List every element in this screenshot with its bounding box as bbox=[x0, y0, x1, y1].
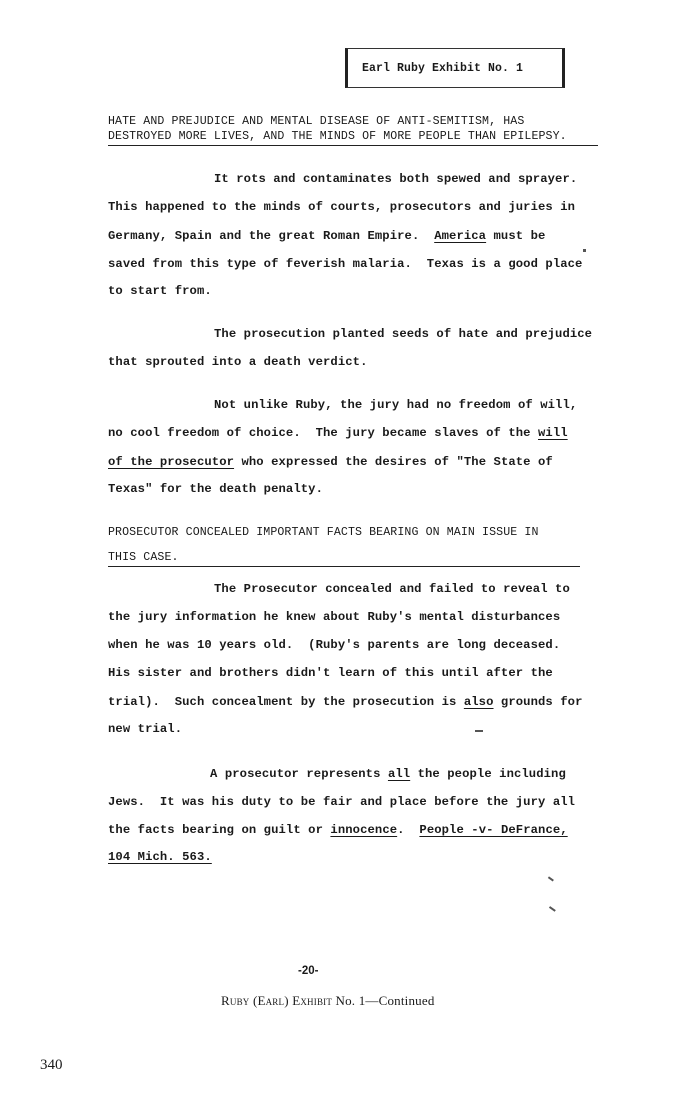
para-2-line-1: The prosecution planted seeds of hate an… bbox=[214, 327, 592, 341]
para-4-line-2: the jury information he knew about Ruby'… bbox=[108, 610, 560, 624]
underlined-phrase-of-the-prosecutor: of the prosecutor bbox=[108, 455, 234, 469]
heading-2-underline bbox=[108, 566, 580, 567]
heading-1-line-1: HATE AND PREJUDICE AND MENTAL DISEASE OF… bbox=[108, 115, 524, 128]
para-5-text: the people including bbox=[410, 767, 566, 781]
scan-artifact bbox=[549, 906, 556, 911]
para-1-line-3: Germany, Spain and the great Roman Empir… bbox=[108, 229, 545, 243]
underlined-word-will: will bbox=[538, 426, 568, 440]
page-number: -20- bbox=[298, 965, 318, 977]
case-citation-reference: 104 Mich. 563. bbox=[108, 850, 212, 864]
para-4-line-4: His sister and brothers didn't learn of … bbox=[108, 666, 553, 680]
para-4-text: grounds for bbox=[494, 695, 583, 709]
heading-2-line-2: THIS CASE. bbox=[108, 551, 179, 564]
para-3-line-4: Texas" for the death penalty. bbox=[108, 482, 323, 496]
para-3-text: who expressed the desires of "The State … bbox=[234, 455, 553, 469]
para-1-text: Germany, Spain and the great Roman Empir… bbox=[108, 229, 434, 243]
caption-exhibit: Exhibit bbox=[292, 993, 332, 1008]
para-5-line-2: Jews. It was his duty to be fair and pla… bbox=[108, 795, 575, 809]
caption-earl: (Earl) bbox=[253, 993, 289, 1008]
heading-2-line-1: PROSECUTOR CONCEALED IMPORTANT FACTS BEA… bbox=[108, 526, 539, 539]
caption-rest: No. 1—Continued bbox=[336, 993, 435, 1008]
para-1-line-2: This happened to the minds of courts, pr… bbox=[108, 200, 575, 214]
heading-1-line-2: DESTROYED MORE LIVES, AND THE MINDS OF M… bbox=[108, 130, 567, 143]
para-1-line-5: to start from. bbox=[108, 284, 212, 298]
para-3-line-1: Not unlike Ruby, the jury had no freedom… bbox=[214, 398, 577, 412]
para-3-line-2: no cool freedom of choice. The jury beca… bbox=[108, 426, 568, 440]
exhibit-caption: Ruby (Earl) Exhibit No. 1—Continued bbox=[221, 993, 435, 1009]
scan-artifact bbox=[475, 730, 483, 732]
scan-artifact bbox=[548, 876, 554, 881]
para-4-line-3: when he was 10 years old. (Ruby's parent… bbox=[108, 638, 560, 652]
scan-artifact bbox=[583, 249, 586, 252]
para-1-text: must be bbox=[486, 229, 545, 243]
para-1-line-1: It rots and contaminates both spewed and… bbox=[214, 172, 577, 186]
para-5-text: A prosecutor represents bbox=[210, 767, 388, 781]
para-5-line-3: the facts bearing on guilt or innocence.… bbox=[108, 823, 568, 837]
para-4-line-6: new trial. bbox=[108, 722, 182, 736]
para-4-text: trial). Such concealment by the prosecut… bbox=[108, 695, 464, 709]
underlined-word-america: America bbox=[434, 229, 486, 243]
para-4-line-1: The Prosecutor concealed and failed to r… bbox=[214, 582, 570, 596]
para-5-text: the facts bearing on guilt or bbox=[108, 823, 330, 837]
case-citation: People -v- DeFrance, bbox=[419, 823, 567, 837]
para-4-line-5: trial). Such concealment by the prosecut… bbox=[108, 695, 582, 709]
caption-ruby: Ruby bbox=[221, 993, 249, 1008]
underlined-word-all: all bbox=[388, 767, 410, 781]
para-5-line-1: A prosecutor represents all the people i… bbox=[210, 767, 566, 781]
para-2-line-2: that sprouted into a death verdict. bbox=[108, 355, 367, 369]
para-1-line-4: saved from this type of feverish malaria… bbox=[108, 257, 582, 271]
para-3-text: no cool freedom of choice. The jury beca… bbox=[108, 426, 538, 440]
para-5-text: . bbox=[397, 823, 419, 837]
heading-1-underline bbox=[108, 145, 598, 146]
exhibit-label: Earl Ruby Exhibit No. 1 bbox=[362, 62, 523, 75]
folio-page-number: 340 bbox=[40, 1057, 63, 1074]
underlined-word-innocence: innocence bbox=[330, 823, 397, 837]
para-3-line-3: of the prosecutor who expressed the desi… bbox=[108, 455, 553, 469]
underlined-word-also: also bbox=[464, 695, 494, 709]
